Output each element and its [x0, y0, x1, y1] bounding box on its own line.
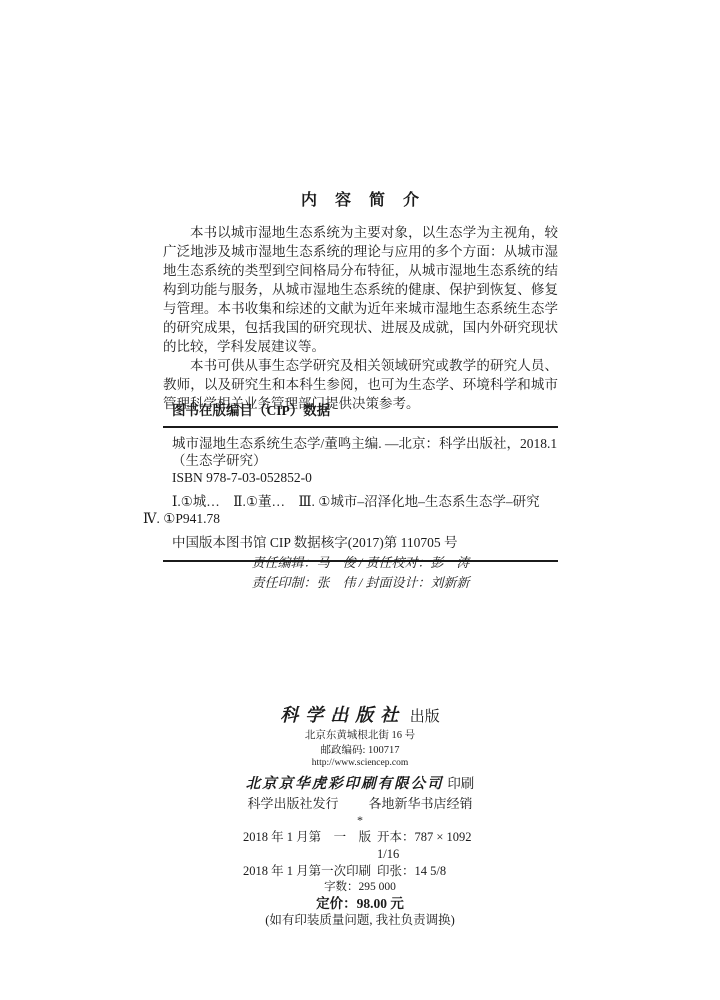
cip-title-line: 城市湿地生态系统生态学/董鸣主编. —北京：科学出版社，2018.1 — [172, 435, 558, 452]
retail-text: 各地新华书店经销 — [369, 796, 473, 811]
publish-label: 出版 — [410, 709, 440, 725]
cip-series-line: （生态学研究） — [172, 452, 558, 469]
credits-line-1: 责任编辑：马 俊 / 责任校对：彭 涛 — [163, 553, 558, 573]
printer-line: 北京京华虎彩印刷有限公司 印刷 — [0, 777, 720, 792]
cip-classification-line-1: Ⅰ.①城… Ⅱ.①董… Ⅲ. ①城市–沼泽化地–生态系生态学–研究 — [172, 493, 558, 510]
cip-heading: 图书在版编目（CIP）数据 — [163, 399, 558, 419]
printer-name: 北京京华虎彩印刷有限公司 — [246, 776, 444, 792]
cip-record-line: 中国版本图书馆 CIP 数据核字(2017)第 110705 号 — [172, 534, 558, 551]
publisher-url: http://www.sciencep.com — [0, 759, 720, 769]
printing-row: 2018 年 1 月第一次印刷 印张：14 5/8 — [243, 863, 477, 880]
cip-classification-line-2: Ⅳ. ①P941.78 — [143, 510, 558, 527]
publisher-postcode: 邮政编码: 100717 — [0, 746, 720, 757]
cip-isbn-line: ISBN 978-7-03-052852-0 — [172, 469, 558, 486]
printing-date: 2018 年 1 月第一次印刷 — [243, 863, 377, 880]
price: 定价：98.00 元 — [0, 897, 720, 911]
publisher-address: 北京东黄城根北街 16 号 — [0, 731, 720, 742]
book-copyright-page: 内 容 简 介 本书以城市湿地生态系统为主要对象，以生态学为主视角，较广泛地涉及… — [0, 0, 720, 1000]
credits-line-2: 责任印制：张 伟 / 封面设计：刘新新 — [163, 573, 558, 593]
publisher-name: 科学出版社 — [280, 705, 405, 725]
colophon: 科学出版社 出版 北京东黄城根北街 16 号 邮政编码: 100717 http… — [0, 704, 720, 927]
intro-section: 内 容 简 介 本书以城市湿地生态系统为主要对象，以生态学为主视角，较广泛地涉及… — [163, 187, 558, 413]
intro-paragraph-1: 本书以城市湿地生态系统为主要对象，以生态学为主视角，较广泛地涉及城市湿地生态系统… — [163, 223, 558, 356]
word-count: 字数：295 000 — [0, 882, 720, 894]
distribution-line: 科学出版社发行各地新华书店经销 — [0, 797, 720, 810]
print-label: 印刷 — [447, 776, 474, 791]
separator-star: * — [0, 814, 720, 826]
cip-body: 城市湿地生态系统生态学/董鸣主编. —北京：科学出版社，2018.1 （生态学研… — [163, 428, 558, 560]
intro-title: 内 容 简 介 — [163, 187, 558, 210]
edition-date: 2018 年 1 月第 一 版 — [243, 829, 377, 863]
cip-section: 图书在版编目（CIP）数据 城市湿地生态系统生态学/董鸣主编. —北京：科学出版… — [163, 399, 558, 562]
print-run-table: 2018 年 1 月第 一 版 开本：787 × 1092 1/16 2018 … — [243, 829, 477, 880]
editor-credits: 责任编辑：马 俊 / 责任校对：彭 涛 责任印制：张 伟 / 封面设计：刘新新 — [163, 553, 558, 593]
distributor-text: 科学出版社发行 — [247, 796, 338, 811]
publisher-line: 科学出版社 出版 — [0, 704, 720, 725]
quality-note: (如有印装质量问题, 我社负责调换) — [0, 914, 720, 927]
sheets-spec: 印张：14 5/8 — [377, 863, 477, 880]
format-spec: 开本：787 × 1092 1/16 — [377, 829, 477, 863]
edition-row: 2018 年 1 月第 一 版 开本：787 × 1092 1/16 — [243, 829, 477, 863]
